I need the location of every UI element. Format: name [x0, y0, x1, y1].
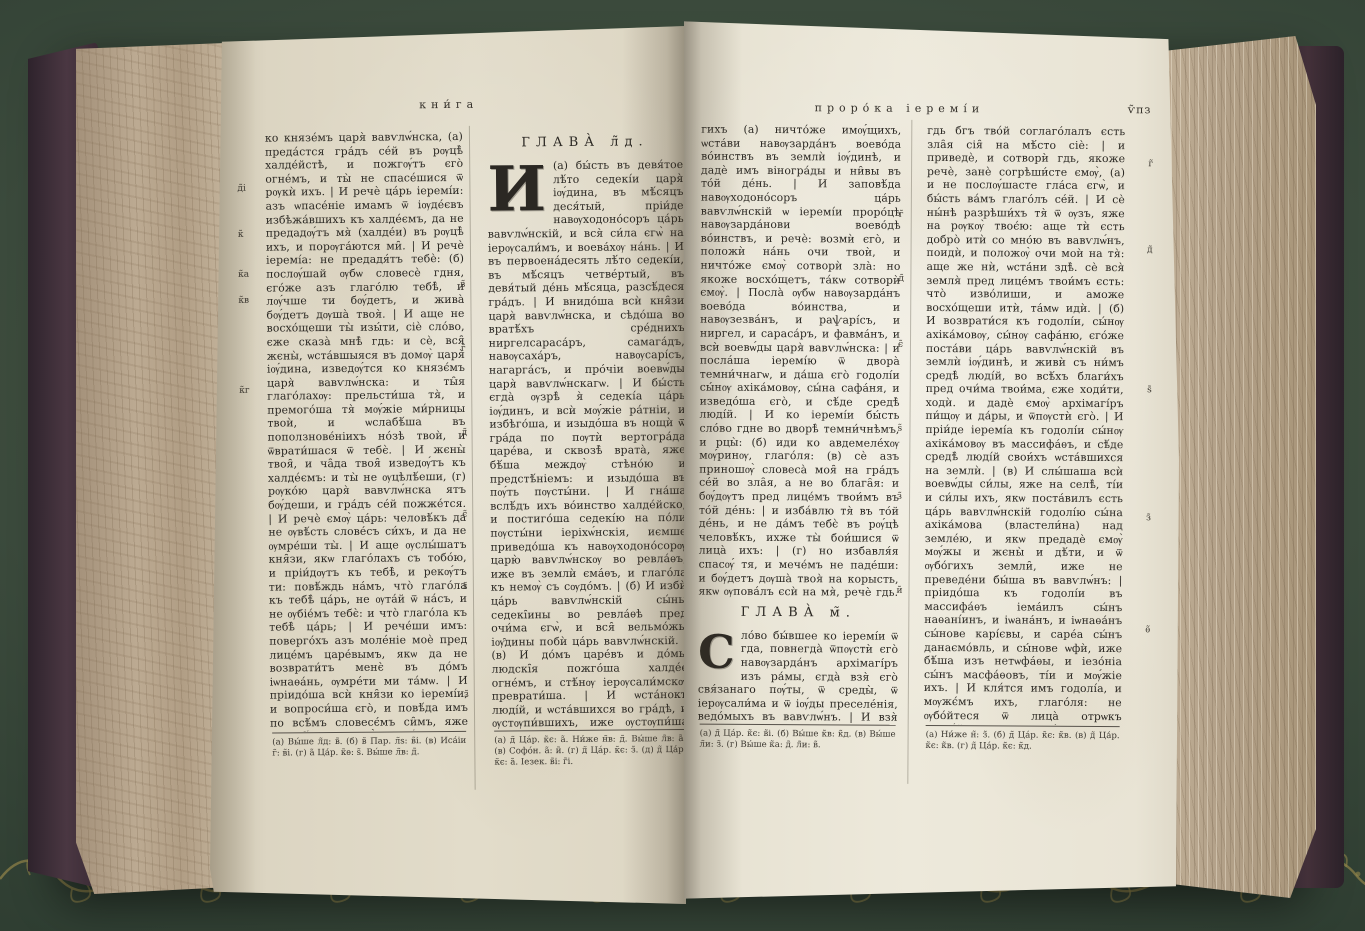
verse-number: з̃: [897, 492, 902, 502]
verse-number: к̃г: [239, 386, 249, 396]
verse-number: є̃: [898, 340, 903, 350]
body-text: гдь бгъ тво́й соглаго́лалъ єсть зла̑я сі…: [924, 124, 1126, 725]
verse-number: г̃: [461, 344, 466, 354]
verse-number: в̃: [460, 280, 465, 290]
column-divider: [907, 120, 912, 784]
footnote: (а) Ни́же н̃: з̃. (б) д̃ Ца́р. к̃є: к̃в.…: [925, 725, 1119, 775]
photo-of-open-book: кни́га ко князе́мъ царя̀ вавѵлѡ́нска, (а…: [0, 0, 1365, 931]
drop-cap: И: [487, 159, 553, 218]
footnote: (а) д̃ Ца́р. к̃є: а̃. Ни́же н̃в: д̃. Вы́…: [494, 729, 686, 780]
chapter-heading: ГЛАВА̀ л̃д.: [487, 134, 683, 151]
book: кни́га ко князе́мъ царя̀ вавѵлѡ́нска, (а…: [26, 6, 1346, 914]
page-number: ѵ̃пз: [1128, 103, 1152, 116]
footnote: (а) д̃ Ца́р. к̃є: в̃і. (б) Вы́ше к̃в: к̃…: [699, 724, 895, 774]
column-divider: [469, 126, 476, 790]
verse-number: к̃: [238, 230, 244, 240]
body-text: И(а) бы́сть въ девя́тое лѣ́то седекі́и ц…: [487, 158, 688, 730]
verse-number: и̃: [896, 586, 902, 596]
verse-number: к̃а: [238, 270, 249, 280]
drop-cap: С: [698, 628, 741, 672]
text-column: ГЛАВА̀ л̃д.И(а) бы́сть въ девя́тое лѣ́то…: [487, 128, 689, 782]
right-page: проро́ка іеремі́и ѵ̃пз гихъ (а) ничто́же…: [684, 16, 1186, 904]
verse-number: ѕ̃: [1147, 385, 1152, 395]
chapter-heading: ГЛАВА̀ м̃.: [698, 604, 898, 620]
column-body: гдь бгъ тво́й соглаго́лалъ єсть зла̑я сі…: [924, 124, 1126, 725]
body-text: ко князе́мъ царя̀ вавѵлѡ́нска, (а) преда…: [265, 130, 468, 732]
text-column: гихъ (а) ничто́же имѹ́щихъ, ѡста́ви навѹ…: [697, 123, 901, 776]
verse-number: ѳ̃: [1145, 625, 1150, 635]
left-page-block-fore-edge: [76, 36, 228, 894]
verse-number: є̃: [462, 510, 467, 520]
verse-number: д̃: [462, 428, 468, 438]
footnote: (а) Вы́ше л̃д: в̃. (б) в̃ Пар. л̃ѕ: в̃і.…: [272, 731, 466, 782]
body-text: гихъ (а) ничто́же имѹ́щихъ, ѡста́ви навѹ…: [698, 123, 901, 600]
verse-number: г̃: [899, 210, 904, 220]
verse-number: г̃: [1148, 159, 1153, 169]
column-body: ГЛАВА̀ л̃д.И(а) бы́сть въ девя́тое лѣ́то…: [487, 128, 688, 730]
text-column: ко князе́мъ царя̀ вавѵлѡ́нска, (а) преда…: [265, 130, 469, 784]
verse-number: д̃і: [237, 184, 246, 194]
verse-number: д̃: [1147, 245, 1153, 255]
running-head-right: проро́ка іеремі́и: [683, 100, 1115, 116]
text-column: гдь бгъ тво́й соглаго́лалъ єсть зла̑я сі…: [923, 124, 1125, 777]
verse-number: д̃: [898, 274, 904, 284]
left-page: кни́га ко князе́мъ царя̀ вавѵлѡ́нска, (а…: [210, 26, 686, 904]
running-head-left: кни́га: [211, 96, 687, 113]
verse-number: ѕ̃: [897, 424, 902, 434]
body-text: Сло́во бы́вшее ко іеремі́и ѿ гда, повнег…: [698, 628, 899, 723]
verse-number: к̃в: [238, 296, 249, 306]
verse-number: ѕ̃: [463, 582, 468, 592]
verse-number: з̃: [1146, 513, 1151, 523]
verse-number: з̃: [464, 690, 469, 700]
column-body: ко князе́мъ царя̀ вавѵлѡ́нска, (а) преда…: [265, 130, 468, 732]
column-body: гихъ (а) ничто́же имѹ́щихъ, ѡста́ви навѹ…: [698, 123, 902, 724]
